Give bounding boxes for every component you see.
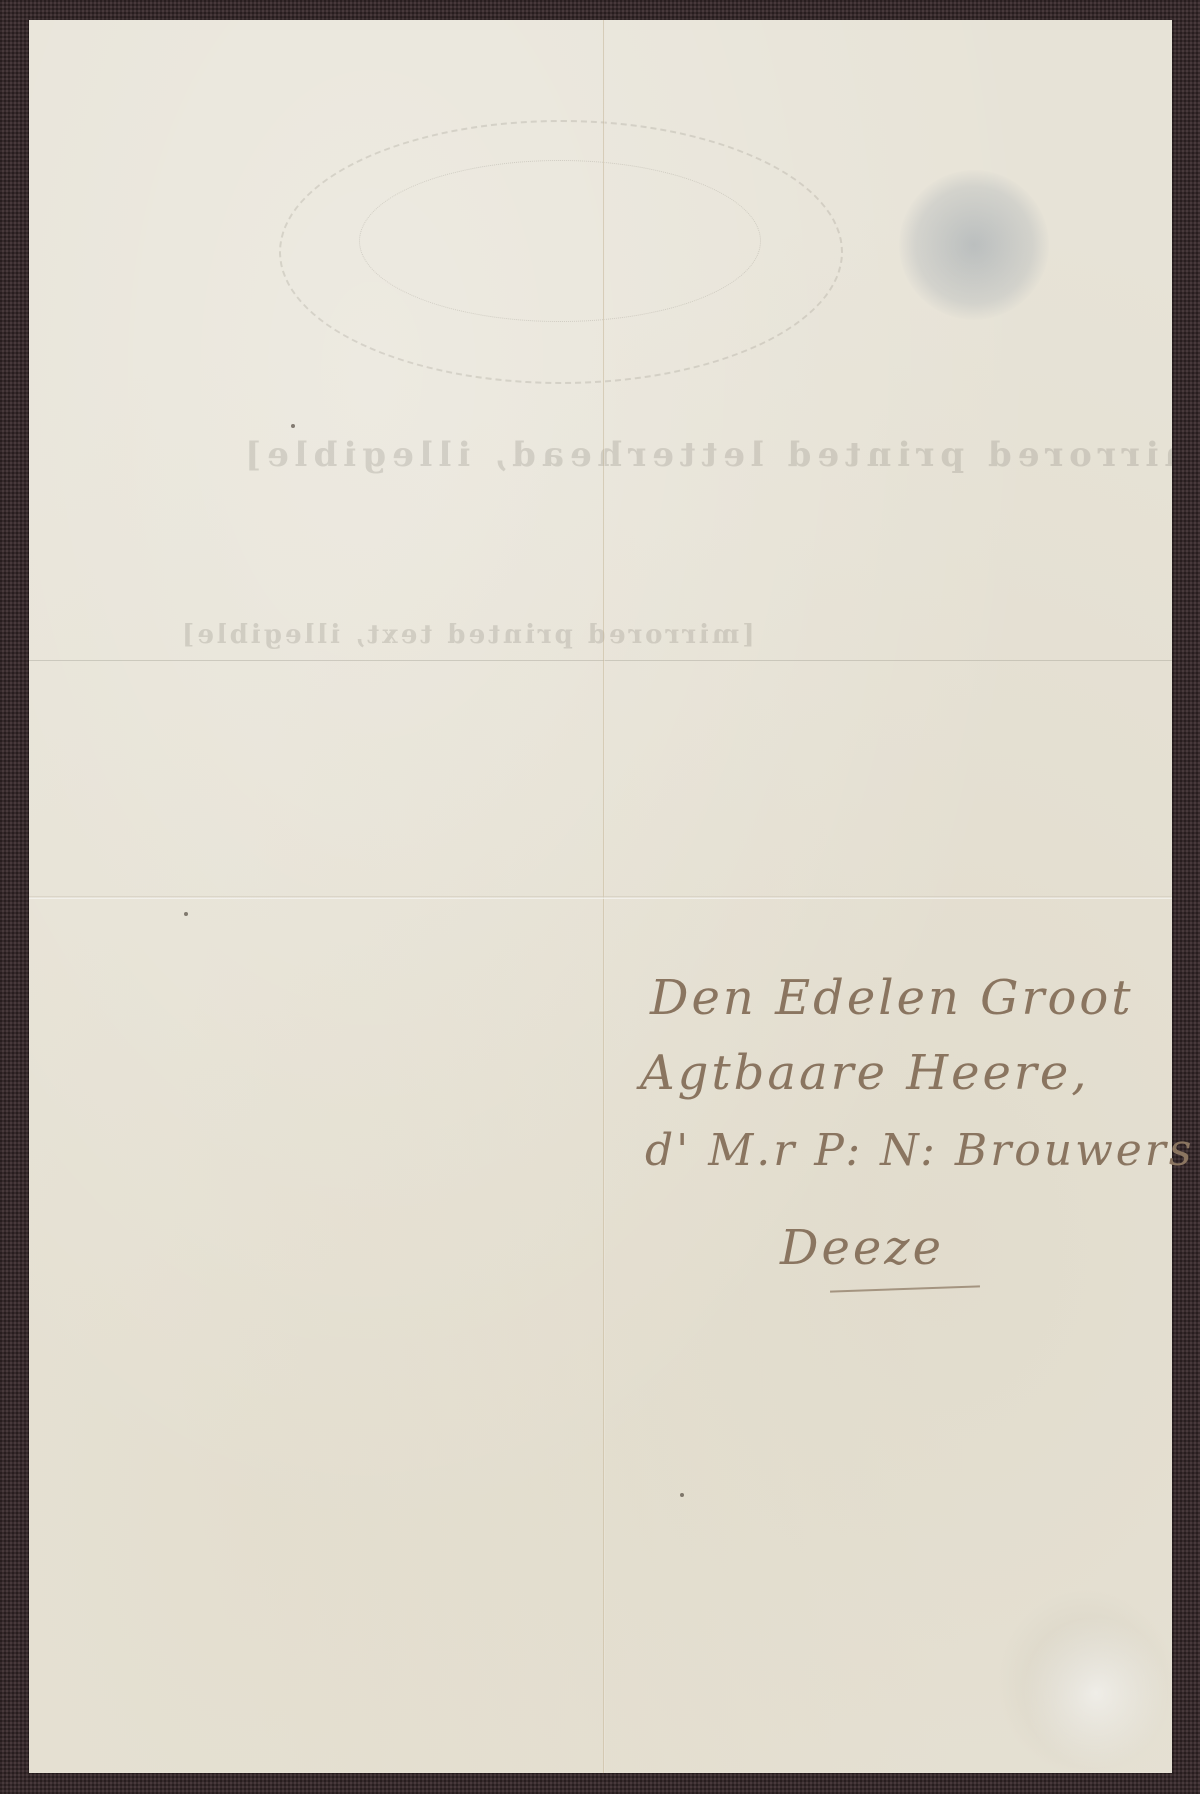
address-line-salutation: Den Edelen Groot [650, 970, 1134, 1026]
show-through-text: [mirrored printed text, illegible] [179, 620, 755, 650]
ink-speck [184, 912, 188, 916]
ink-speck [291, 424, 295, 428]
address-line-recipient: d' M.r P: N: Brouwers [645, 1125, 1194, 1176]
show-through-letterhead: [mirrored printed letterhead, illegible] [239, 435, 1172, 475]
horizontal-fold [29, 896, 1172, 899]
address-line-honorific: Agtbaare Heere, [640, 1045, 1090, 1101]
seal-residue [982, 1573, 1172, 1773]
ruled-line [29, 660, 1172, 661]
address-line-location: Deeze [780, 1220, 944, 1276]
letter-paper: [mirrored printed letterhead, illegible]… [29, 20, 1172, 1773]
pencil-smudge [899, 170, 1049, 320]
ink-speck [680, 1493, 684, 1497]
show-through-engraving-inner [359, 160, 761, 322]
